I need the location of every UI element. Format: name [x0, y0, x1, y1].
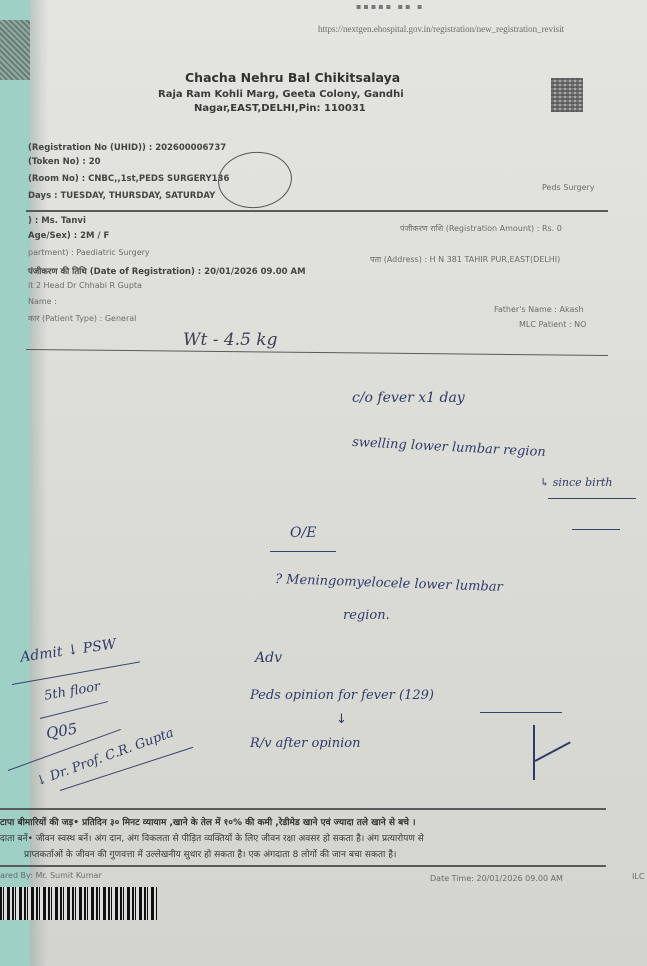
handwritten-exam-heading: O/E — [290, 525, 316, 541]
hospital-address-line1: Raja Ram Kohli Marg, Geeta Colony, Gandh… — [158, 89, 404, 100]
handwritten-advice-peds-opinion: Peds opinion for fever (129) — [250, 688, 434, 703]
registration-amount: पंजीकरण राशि (Registration Amount) : Rs.… — [400, 223, 562, 234]
qr-code-fragment — [0, 20, 34, 80]
health-message-line3: प्राप्तकर्ताओं के जीवन की गुणवत्ता में उ… — [24, 847, 396, 860]
qr-code — [551, 78, 583, 112]
underline — [548, 498, 636, 499]
divider — [26, 210, 608, 212]
divider — [0, 808, 606, 810]
page-url: https://nextgen.ehospital.gov.in/registr… — [318, 24, 564, 34]
underline — [480, 712, 562, 713]
handwritten-advice-review: R/v after opinion — [250, 736, 361, 751]
underline — [572, 529, 620, 530]
days-field: Days : TUESDAY, THURSDAY, SATURDAY — [28, 191, 215, 201]
handwritten-since-birth: ↳ since birth — [540, 476, 612, 489]
signature-stroke — [533, 725, 535, 780]
underline — [270, 551, 336, 552]
patient-name: ) : Ms. Tanvi — [28, 216, 86, 226]
arrow-down-icon: ↓ — [336, 712, 347, 727]
name-field: Name : — [28, 297, 57, 306]
print-date-time: Date Time: 20/01/2026 09.00 AM — [430, 874, 563, 883]
patient-department: partment) : Paediatric Surgery — [28, 248, 150, 257]
fathers-name: Father's Name : Akash — [494, 305, 584, 314]
handwritten-weight: Wt - 4.5 kg — [183, 330, 277, 350]
handwritten-diagnosis-region: region. — [343, 608, 390, 623]
health-message-line2: दाता बनें• जीवन स्वस्थ बनें। अंग दान, अं… — [0, 831, 424, 844]
handwritten-complaint-fever: c/o fever x1 day — [352, 390, 465, 406]
room-field: (Room No) : CNBC,,1st,PEDS SURGERY136 — [28, 174, 229, 184]
cut-off-header-text: ▪▪▪▪▪ ▪▪ ▪ — [356, 2, 424, 11]
edge-cut-text: ILC — [632, 872, 644, 881]
handwritten-advice-heading: Adv — [255, 650, 282, 666]
patient-age-sex: Age/Sex) : 2M / F — [28, 231, 109, 241]
prepared-by: ared By: Mr. Sumit Kumar — [0, 871, 102, 880]
unit-head: it 2 Head Dr Chhabi R Gupta — [28, 281, 142, 290]
token-field: (Token No) : 20 — [28, 157, 101, 167]
patient-address: पता (Address) : H N 381 TAHIR PUR,EAST(D… — [370, 254, 560, 265]
uhid-field: (Registration No (UHID)) : 202600006737 — [28, 143, 226, 153]
date-of-registration: पंजीकरण की तिथि (Date of Registration) :… — [28, 266, 306, 277]
hospital-address-line2: Nagar,EAST,DELHI,Pin: 110031 — [194, 103, 366, 114]
patient-type: कार (Patient Type) : General — [28, 313, 136, 324]
mlc-patient: MLC Patient : NO — [519, 320, 586, 329]
barcode — [0, 887, 157, 920]
divider — [0, 865, 606, 867]
health-message-line1: टापा बीमारियों की जड़• प्रतिदिन ३० मिनट … — [0, 815, 416, 828]
department-label-right: Peds Surgery — [542, 183, 595, 192]
hospital-name: Chacha Nehru Bal Chikitsalaya — [185, 70, 400, 85]
